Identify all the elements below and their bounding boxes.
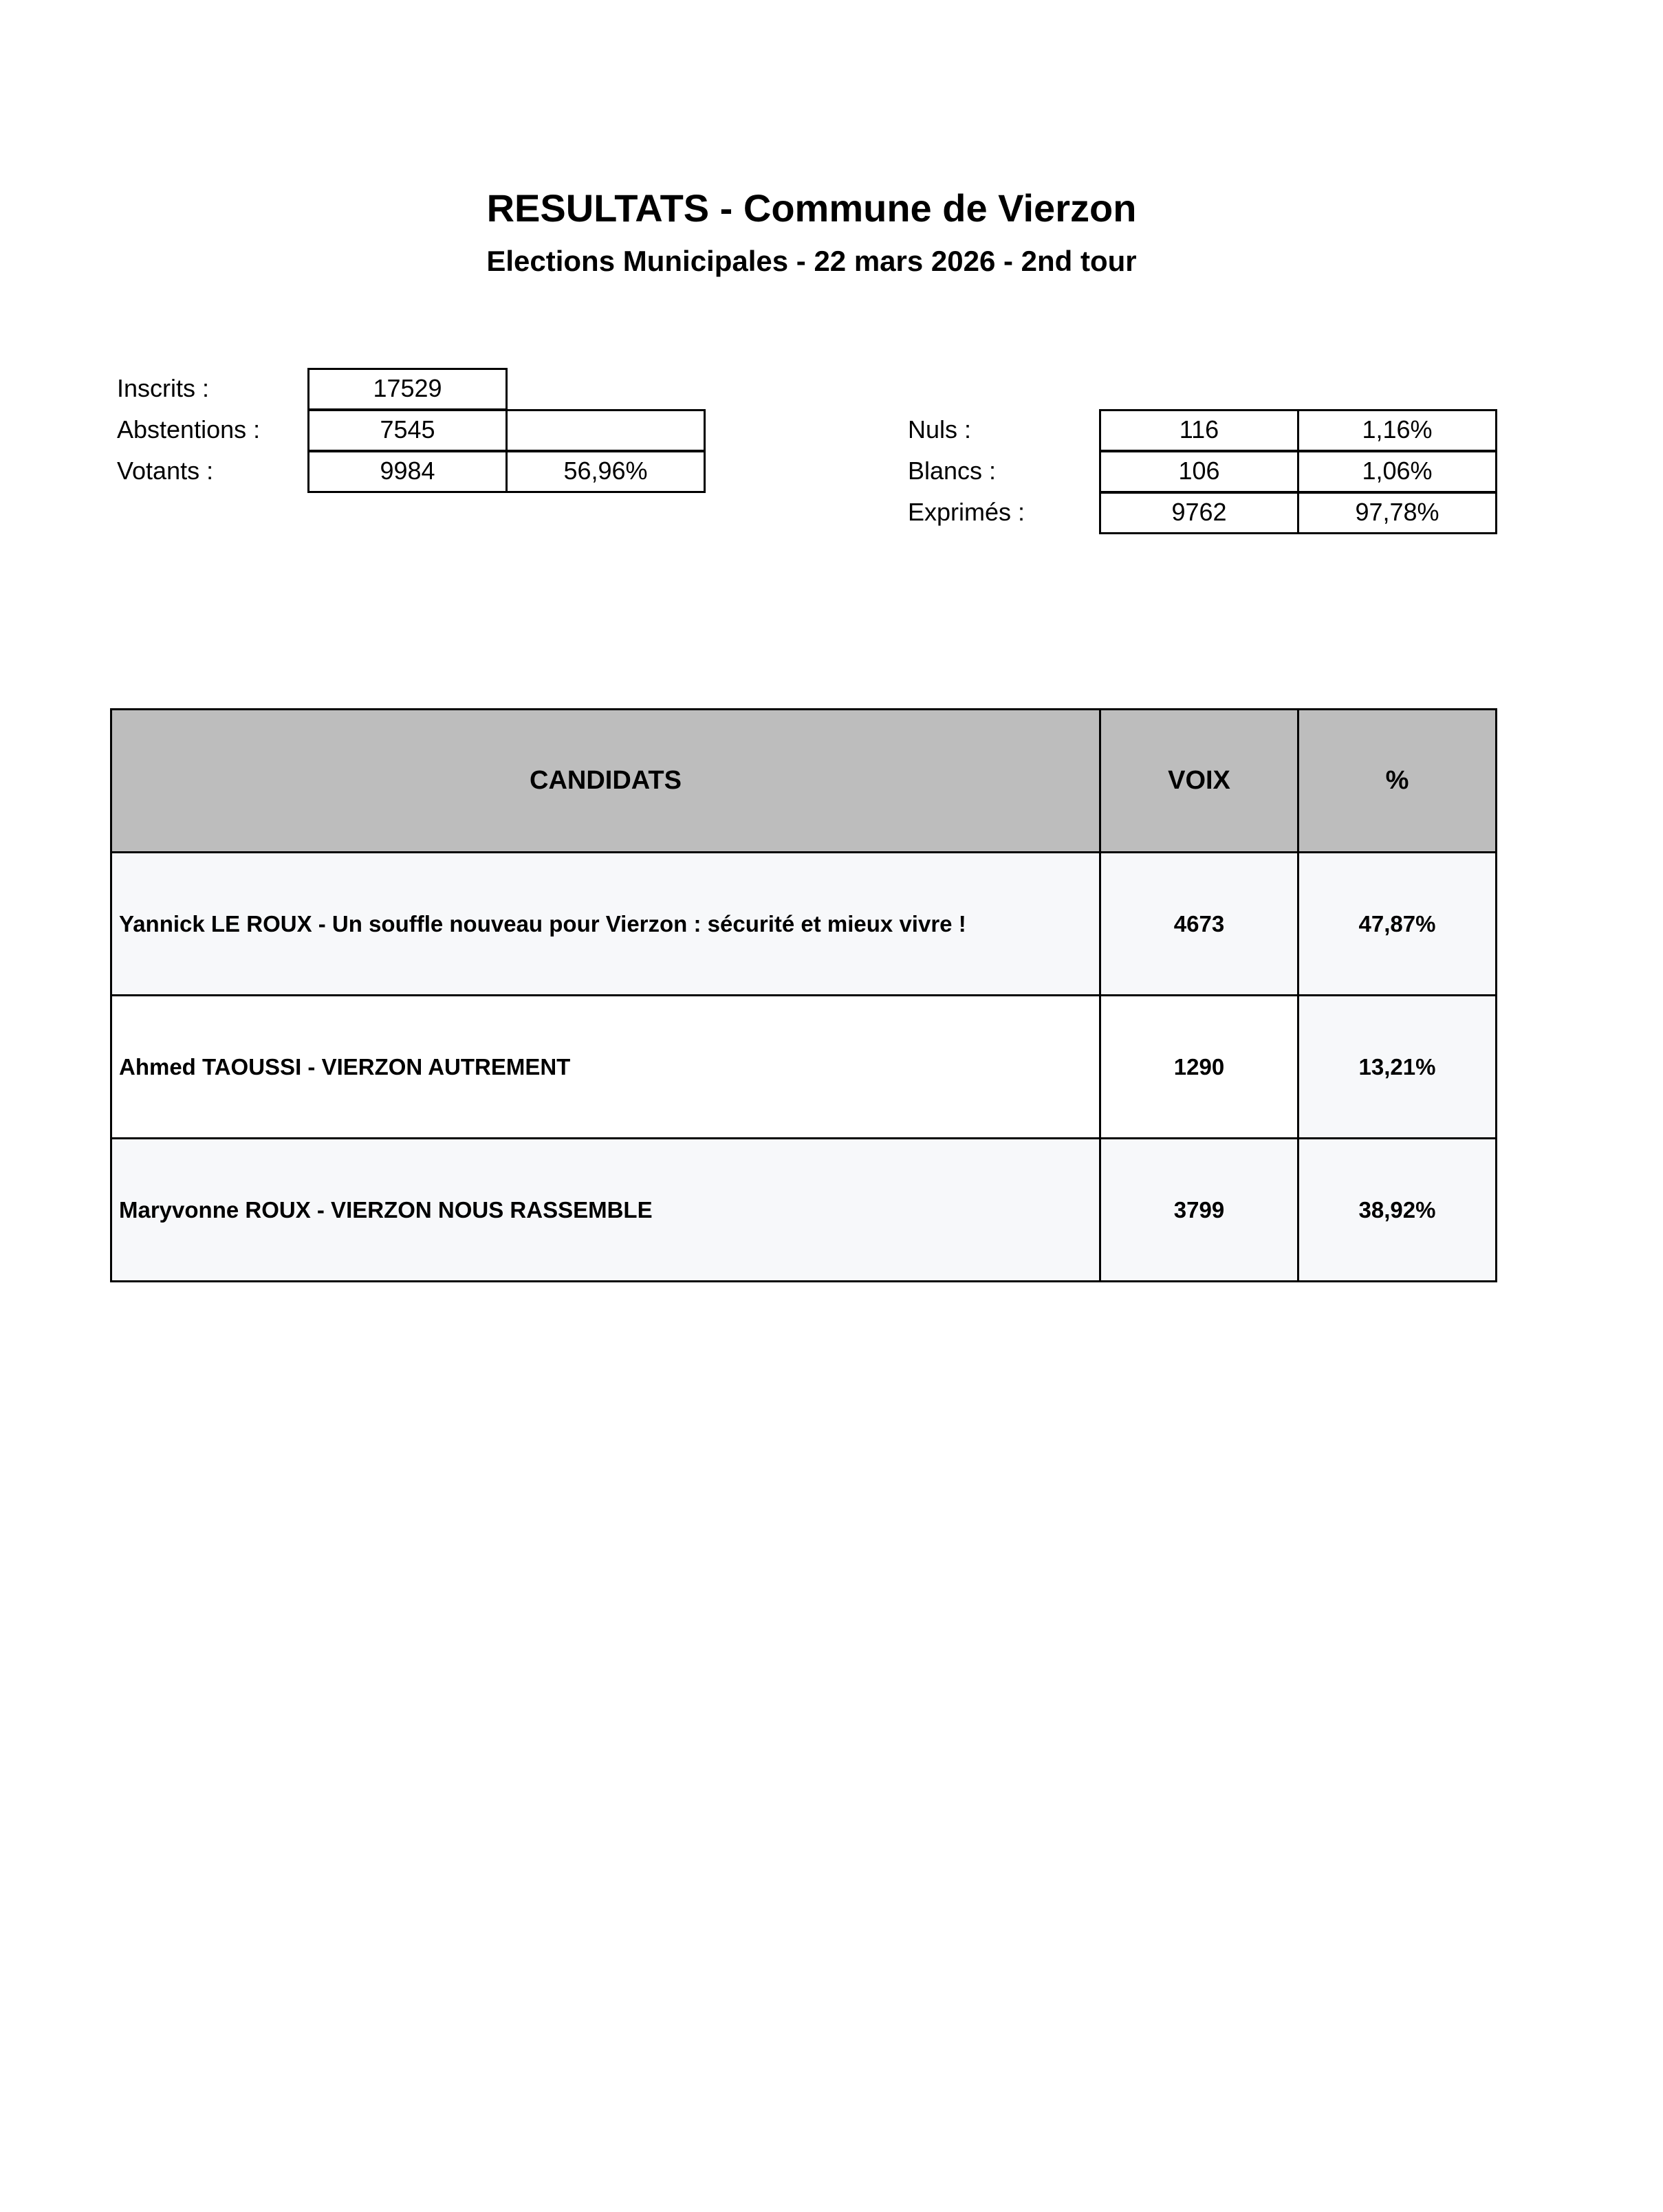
votants-label: Votants : [117, 450, 213, 492]
results-table: CANDIDATS VOIX % Yannick LE ROUX - Un so… [110, 708, 1497, 1282]
candidate-percent: 13,21% [1298, 996, 1497, 1139]
candidate-name: Yannick LE ROUX - Un souffle nouveau pou… [111, 853, 1100, 996]
inscrits-value: 17529 [307, 368, 508, 410]
nuls-percent: 1,16% [1297, 409, 1497, 452]
column-header-candidats: CANDIDATS [111, 710, 1100, 853]
candidate-name: Ahmed TAOUSSI - VIERZON AUTREMENT [111, 996, 1100, 1139]
results-header-row: CANDIDATS VOIX % [111, 710, 1497, 853]
candidate-name: Maryvonne ROUX - VIERZON NOUS RASSEMBLE [111, 1139, 1100, 1282]
blancs-label: Blancs : [908, 450, 996, 492]
column-header-voix: VOIX [1100, 710, 1298, 853]
candidate-votes: 3799 [1100, 1139, 1298, 1282]
table-row: Ahmed TAOUSSI - VIERZON AUTREMENT 1290 1… [111, 996, 1497, 1139]
exprimes-label: Exprimés : [908, 492, 1025, 533]
candidate-votes: 1290 [1100, 996, 1298, 1139]
abstentions-percent [506, 409, 706, 452]
inscrits-label: Inscrits : [117, 368, 209, 409]
exprimes-percent: 97,78% [1297, 492, 1497, 534]
exprimes-value: 9762 [1099, 492, 1299, 534]
table-row: Maryvonne ROUX - VIERZON NOUS RASSEMBLE … [111, 1139, 1497, 1282]
page-subtitle: Elections Municipales - 22 mars 2026 - 2… [0, 242, 1623, 281]
nuls-value: 116 [1099, 409, 1299, 452]
column-header-percent: % [1298, 710, 1497, 853]
candidate-percent: 47,87% [1298, 853, 1497, 996]
nuls-label: Nuls : [908, 409, 971, 450]
candidate-votes: 4673 [1100, 853, 1298, 996]
blancs-value: 106 [1099, 450, 1299, 493]
table-row: Yannick LE ROUX - Un souffle nouveau pou… [111, 853, 1497, 996]
votants-percent: 56,96% [506, 450, 706, 493]
abstentions-value: 7545 [307, 409, 508, 452]
page-title: RESULTATS - Commune de Vierzon [0, 184, 1623, 232]
blancs-percent: 1,06% [1297, 450, 1497, 493]
candidate-percent: 38,92% [1298, 1139, 1497, 1282]
votants-value: 9984 [307, 450, 508, 493]
abstentions-label: Abstentions : [117, 409, 260, 450]
